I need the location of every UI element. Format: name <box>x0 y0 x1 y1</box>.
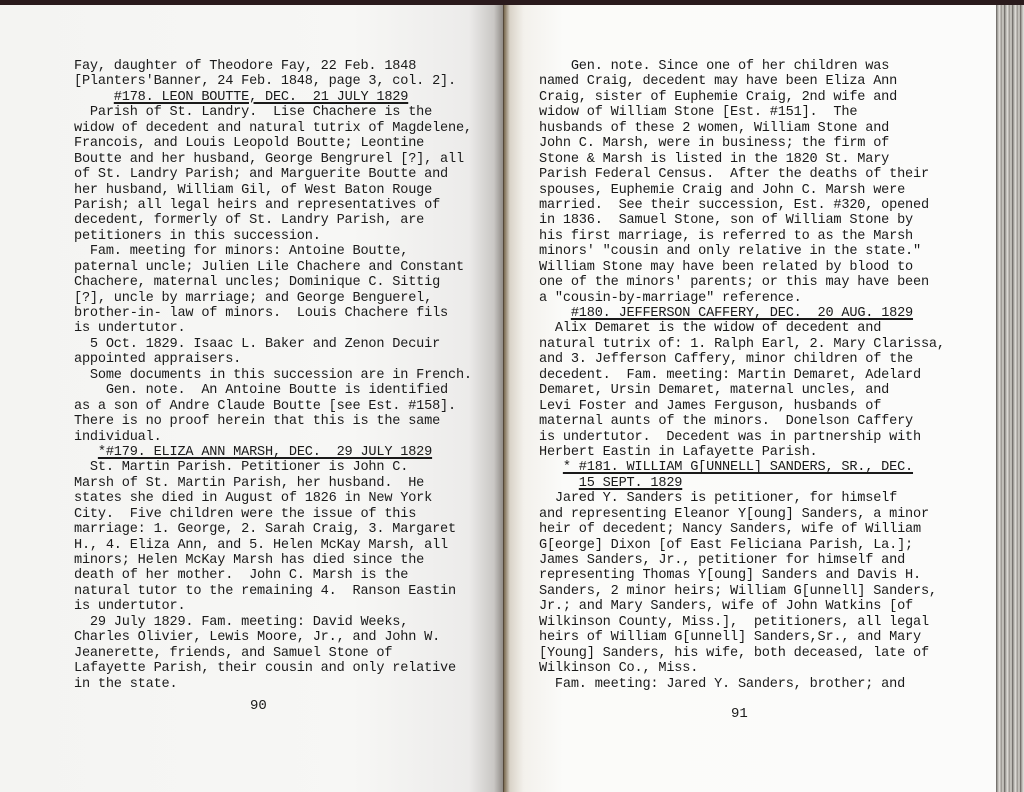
right-page-text: Gen. note. Since one of her children was… <box>539 59 945 692</box>
text-line: natural tutrix of: 1. Ralph Earl, 2. Mar… <box>539 337 945 352</box>
text-line: one of the minors' parents; or this may … <box>539 275 945 290</box>
right-page: Gen. note. Since one of her children was… <box>504 5 996 792</box>
text-line: is undertutor. Decedent was in partnersh… <box>539 430 945 445</box>
text-line: Parish of St. Landry. Lise Chachere is t… <box>74 105 472 120</box>
text-line: married. See their succession, Est. #320… <box>539 198 945 213</box>
text-line: Stone & Marsh is listed in the 1820 St. … <box>539 152 945 167</box>
text-line: Boutte and her husband, George Bengrurel… <box>74 152 472 167</box>
book-spread: Fay, daughter of Theodore Fay, 22 Feb. 1… <box>0 5 1024 792</box>
text-line: Wilkinson County, Miss.], petitioners, a… <box>539 615 945 630</box>
text-line: Fay, daughter of Theodore Fay, 22 Feb. 1… <box>74 59 472 74</box>
text-line: John C. Marsh, were in business; the fir… <box>539 136 945 151</box>
text-line: 5 Oct. 1829. Isaac L. Baker and Zenon De… <box>74 337 472 352</box>
text-line: heir of decedent; Nancy Sanders, wife of… <box>539 522 945 537</box>
text-line: Levi Foster and James Ferguson, husbands… <box>539 399 945 414</box>
text-line: Marsh of St. Martin Parish, her husband.… <box>74 476 472 491</box>
text-line: in the state. <box>74 677 472 692</box>
text-line: Gen. note. An Antoine Boutte is identifi… <box>74 383 472 398</box>
text-line: Wilkinson Co., Miss. <box>539 661 945 676</box>
page-number-right: 91 <box>731 706 748 722</box>
text-line: Francois, and Louis Leopold Boutte; Leon… <box>74 136 472 151</box>
text-line: Gen. note. Since one of her children was <box>539 59 945 74</box>
text-line: and 3. Jefferson Caffery, minor children… <box>539 352 945 367</box>
text-line: in 1836. Samuel Stone, son of William St… <box>539 213 945 228</box>
text-line: minors' "cousin and only relative in the… <box>539 244 945 259</box>
text-line: spouses, Euphemie Craig and John C. Mars… <box>539 183 945 198</box>
text-line: states she died in August of 1826 in New… <box>74 491 472 506</box>
text-line: a "cousin-by-marriage" reference. <box>539 291 945 306</box>
page-edges <box>996 5 1024 792</box>
text-line: is undertutor. <box>74 599 472 614</box>
text-line: is undertutor. <box>74 321 472 336</box>
text-line: as a son of Andre Claude Boutte [see Est… <box>74 399 472 414</box>
text-line: decedent, formerly of St. Landry Parish,… <box>74 213 472 228</box>
text-line: Parish; all legal heirs and representati… <box>74 198 472 213</box>
text-line: St. Martin Parish. Petitioner is John C. <box>74 460 472 475</box>
text-line: widow of decedent and natural tutrix of … <box>74 121 472 136</box>
text-line: his first marriage, is referred to as th… <box>539 229 945 244</box>
text-line: Fam. meeting for minors: Antoine Boutte, <box>74 244 472 259</box>
text-line: Herbert Eastin in Lafayette Parish. <box>539 445 945 460</box>
text-line: death of her mother. John C. Marsh is th… <box>74 568 472 583</box>
text-line: named Craig, decedent may have been Eliz… <box>539 74 945 89</box>
text-line: There is no proof herein that this is th… <box>74 414 472 429</box>
entry-heading: 15 SEPT. 1829 <box>539 476 945 491</box>
text-line: marriage: 1. George, 2. Sarah Craig, 3. … <box>74 522 472 537</box>
text-line: [Young] Sanders, his wife, both deceased… <box>539 646 945 661</box>
text-line: of St. Landry Parish; and Marguerite Bou… <box>74 167 472 182</box>
text-line: petitioners in this succession. <box>74 229 472 244</box>
text-line: James Sanders, Jr., petitioner for himse… <box>539 553 945 568</box>
text-line: appointed appraisers. <box>74 352 472 367</box>
text-line: brother-in- law of minors. Louis Chacher… <box>74 306 472 321</box>
text-line: Jeanerette, friends, and Samuel Stone of <box>74 646 472 661</box>
text-line: Jr.; and Mary Sanders, wife of John Watk… <box>539 599 945 614</box>
text-line: Chachere, maternal uncles; Dominique C. … <box>74 275 472 290</box>
text-line: representing Thomas Y[oung] Sanders and … <box>539 568 945 583</box>
text-line: Parish Federal Census. After the deaths … <box>539 167 945 182</box>
text-line: maternal aunts of the minors. Donelson C… <box>539 414 945 429</box>
text-line: Lafayette Parish, their cousin and only … <box>74 661 472 676</box>
text-line: Demaret, Ursin Demaret, maternal uncles,… <box>539 383 945 398</box>
text-line: Fam. meeting: Jared Y. Sanders, brother;… <box>539 677 945 692</box>
text-line: H., 4. Eliza Ann, and 5. Helen McKay Mar… <box>74 538 472 553</box>
entry-heading: #180. JEFFERSON CAFFERY, DEC. 20 AUG. 18… <box>539 306 945 321</box>
text-line: minors; Helen McKay Marsh has died since… <box>74 553 472 568</box>
text-line: her husband, William Gil, of West Baton … <box>74 183 472 198</box>
text-line: widow of William Stone [Est. #151]. The <box>539 105 945 120</box>
entry-heading: *#179. ELIZA ANN MARSH, DEC. 29 JULY 182… <box>74 445 472 460</box>
entry-heading: #178. LEON BOUTTE, DEC. 21 JULY 1829 <box>74 90 472 105</box>
text-line: G[eorge] Dixon [of East Feliciana Parish… <box>539 538 945 553</box>
text-line: paternal uncle; Julien Lile Chachere and… <box>74 260 472 275</box>
text-line: [?], uncle by marriage; and George Bengu… <box>74 291 472 306</box>
text-line: Craig, sister of Euphemie Craig, 2nd wif… <box>539 90 945 105</box>
text-line: individual. <box>74 430 472 445</box>
text-line: 29 July 1829. Fam. meeting: David Weeks, <box>74 615 472 630</box>
text-line: natural tutor to the remaining 4. Ranson… <box>74 584 472 599</box>
left-page-text: Fay, daughter of Theodore Fay, 22 Feb. 1… <box>74 59 472 692</box>
text-line: decedent. Fam. meeting: Martin Demaret, … <box>539 368 945 383</box>
text-line: heirs of William G[unnell] Sanders,Sr., … <box>539 630 945 645</box>
entry-heading: * #181. WILLIAM G[UNNELL] SANDERS, SR., … <box>539 460 945 475</box>
text-line: and representing Eleanor Y[oung] Sanders… <box>539 507 945 522</box>
text-line: [Planters'Banner, 24 Feb. 1848, page 3, … <box>74 74 472 89</box>
text-line: Charles Olivier, Lewis Moore, Jr., and J… <box>74 630 472 645</box>
text-line: Sanders, 2 minor heirs; William G[unnell… <box>539 584 945 599</box>
text-line: William Stone may have been related by b… <box>539 260 945 275</box>
text-line: husbands of these 2 women, William Stone… <box>539 121 945 136</box>
text-line: Jared Y. Sanders is petitioner, for hims… <box>539 491 945 506</box>
text-line: Some documents in this succession are in… <box>74 368 472 383</box>
text-line: Alix Demaret is the widow of decedent an… <box>539 321 945 336</box>
text-line: City. Five children were the issue of th… <box>74 507 472 522</box>
page-number-left: 90 <box>250 698 267 714</box>
left-page: Fay, daughter of Theodore Fay, 22 Feb. 1… <box>0 5 504 792</box>
